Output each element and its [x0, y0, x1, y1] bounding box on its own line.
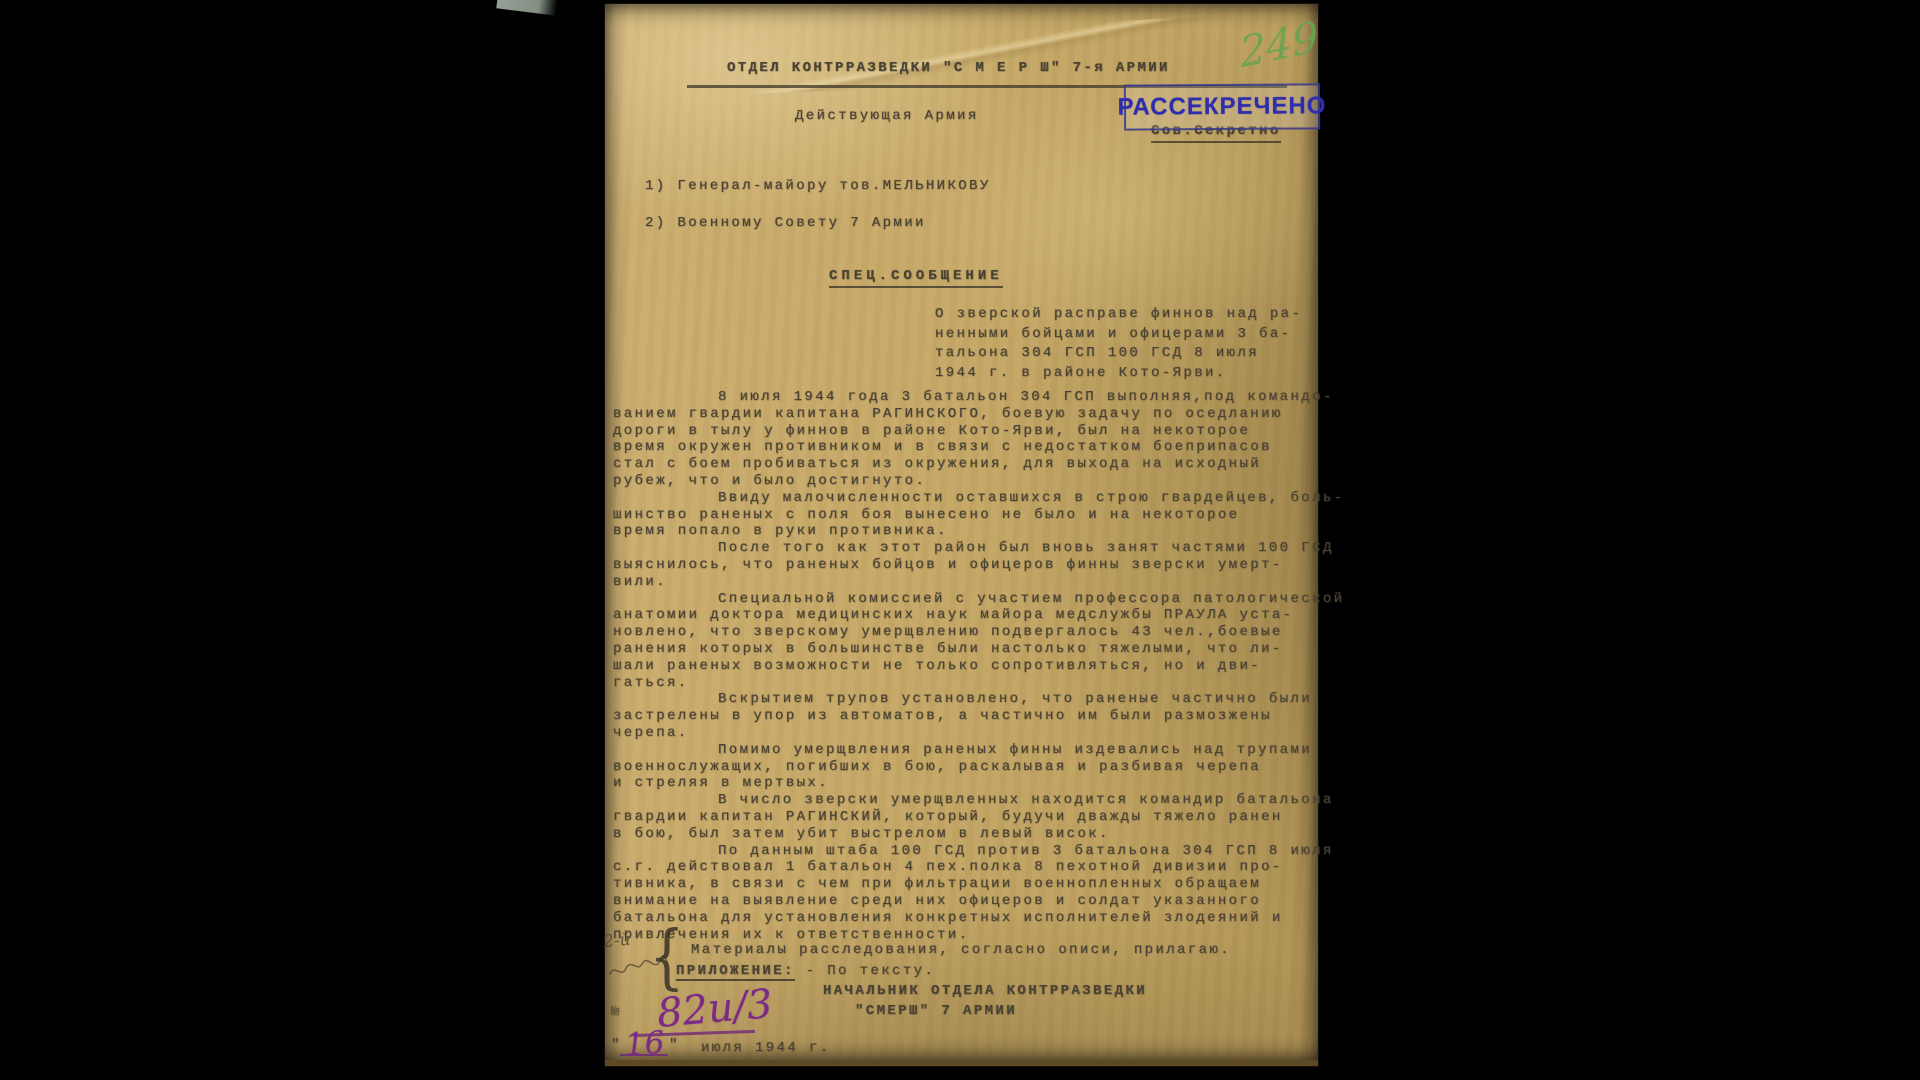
- typed-line: новлено, что зверскому умерщвлению подве…: [613, 624, 1344, 641]
- typed-line: время окружен противником и в связи с не…: [613, 439, 1344, 456]
- typed-line: Ввиду малочисленности оставшихся в строю…: [613, 490, 1344, 507]
- addressee-1: 1) Генерал-майору тов.МЕЛЬНИКОВУ: [645, 178, 991, 194]
- adjacent-page-edge: [496, 0, 558, 16]
- typed-line: внимание на выявление среди них офицеров…: [613, 893, 1344, 910]
- typed-line: Помимо умерщвления раненых финны издевал…: [613, 742, 1344, 759]
- typed-line: гвардии капитан РАГИНСКИЙ, который, буду…: [613, 809, 1344, 826]
- subject-line: 1944 г. в районе Кото-Ярви.: [935, 364, 1302, 384]
- typed-line: В число зверски умерщвленных находится к…: [613, 792, 1344, 809]
- typed-line: гаться.: [613, 675, 1344, 692]
- typed-line: шинство раненых с поля боя вынесено не б…: [613, 507, 1344, 524]
- materials-line: Материалы расследования, согласно описи,…: [691, 942, 1231, 958]
- typed-line: рубеж, что и было достигнуто.: [613, 473, 1344, 490]
- attachment-value: - По тексту.: [806, 963, 936, 979]
- typed-line: выяснилось, что раненых бойцов и офицеро…: [613, 557, 1344, 574]
- subject-line: О зверской расправе финнов над ра-: [935, 305, 1302, 325]
- addressee-2: 2) Военному Совету 7 Армии: [645, 215, 926, 231]
- typed-line: анатомии доктора медицинских наук майора…: [613, 607, 1344, 624]
- typed-line: Вскрытием трупов установлено, что ранены…: [613, 691, 1344, 708]
- subject-line: тальона 304 ГСП 100 ГСД 8 июля: [935, 344, 1302, 364]
- typed-line: время попало в руки противника.: [613, 523, 1344, 540]
- document-title: СПЕЦ.СООБЩЕНИЕ: [829, 268, 1003, 288]
- typed-line: военнослужащих, погибших в бою, раскалыв…: [613, 759, 1344, 776]
- typed-line: ранения которых в большинстве были насто…: [613, 641, 1344, 658]
- typed-line: и стреляя в мертвых.: [613, 775, 1344, 792]
- margin-pencil-note: 2-й: [602, 930, 631, 953]
- day-underline: [620, 1054, 668, 1056]
- typed-line: застрелены в упор из автоматов, а частич…: [613, 708, 1344, 725]
- typed-line: черепа.: [613, 725, 1344, 742]
- body-text: 8 июля 1944 года 3 батальон 304 ГСП выпо…: [613, 389, 1344, 943]
- typed-line: Специальной комиссией с участием професс…: [613, 591, 1344, 608]
- typed-line: батальона для установления конкретных ис…: [613, 910, 1344, 927]
- date-text: июля 1944 г.: [701, 1040, 831, 1056]
- typed-line: После того как этот район был вновь заня…: [613, 540, 1344, 557]
- typed-line: в бою, был затем убит выстрелом в левый …: [613, 826, 1344, 843]
- document-sheet: 249 ОТДЕЛ КОНТРРАЗВЕДКИ "С М Е Р Ш" 7-я …: [605, 4, 1318, 1066]
- attachment-label: ПРИЛОЖЕНИЕ:: [676, 963, 795, 981]
- army-line: Действующая Армия: [795, 108, 979, 124]
- date-close-quote: ": [669, 1037, 680, 1053]
- typed-line: По данным штаба 100 ГСД против 3 батальо…: [613, 843, 1344, 860]
- attachment-line: ПРИЛОЖЕНИЕ: - По тексту.: [676, 963, 935, 979]
- typed-line: ванием гвардии капитана РАГИНСКОГО, боев…: [613, 406, 1344, 423]
- declassified-stamp: РАССЕКРЕЧЕНО: [1124, 83, 1320, 130]
- handwritten-day: 16: [624, 1025, 666, 1064]
- date-open-quote: ": [611, 1037, 622, 1053]
- typed-line: тивника, в связи с чем при фильтрации во…: [613, 876, 1344, 893]
- scan-background: 249 ОТДЕЛ КОНТРРАЗВЕДКИ "С М Е Р Ш" 7-я …: [0, 0, 1920, 1080]
- handwritten-document-number: 82и/3: [655, 981, 774, 1037]
- signature-title-line1: НАЧАЛЬНИК ОТДЕЛА КОНТРРАЗВЕДКИ: [823, 983, 1147, 999]
- subject-block: О зверской расправе финнов над ра- ненны…: [935, 305, 1302, 383]
- typed-line: стал с боем пробиваться из окружения, дл…: [613, 456, 1344, 473]
- declassified-stamp-text: РАССЕКРЕЧЕНО: [1117, 92, 1326, 121]
- typed-line: 8 июля 1944 года 3 батальон 304 ГСП выпо…: [613, 389, 1344, 406]
- typed-line: шали раненых возможности не только сопро…: [613, 658, 1344, 675]
- grouping-brace: {: [649, 921, 685, 996]
- typed-line: дороги в тылу у финнов в районе Кото-Ярв…: [613, 423, 1344, 440]
- typed-line: вили.: [613, 574, 1344, 591]
- typed-line: с.г. действовал 1 батальон 4 пех.полка 8…: [613, 859, 1344, 876]
- subject-line: ненными бойцами и офицерами 3 ба-: [935, 325, 1302, 345]
- typed-line: привлечения их к ответственности.: [613, 927, 1344, 944]
- document-number-label: №: [611, 1004, 622, 1020]
- signature-title-line2: "СМЕРШ" 7 АРМИИ: [855, 1003, 1017, 1019]
